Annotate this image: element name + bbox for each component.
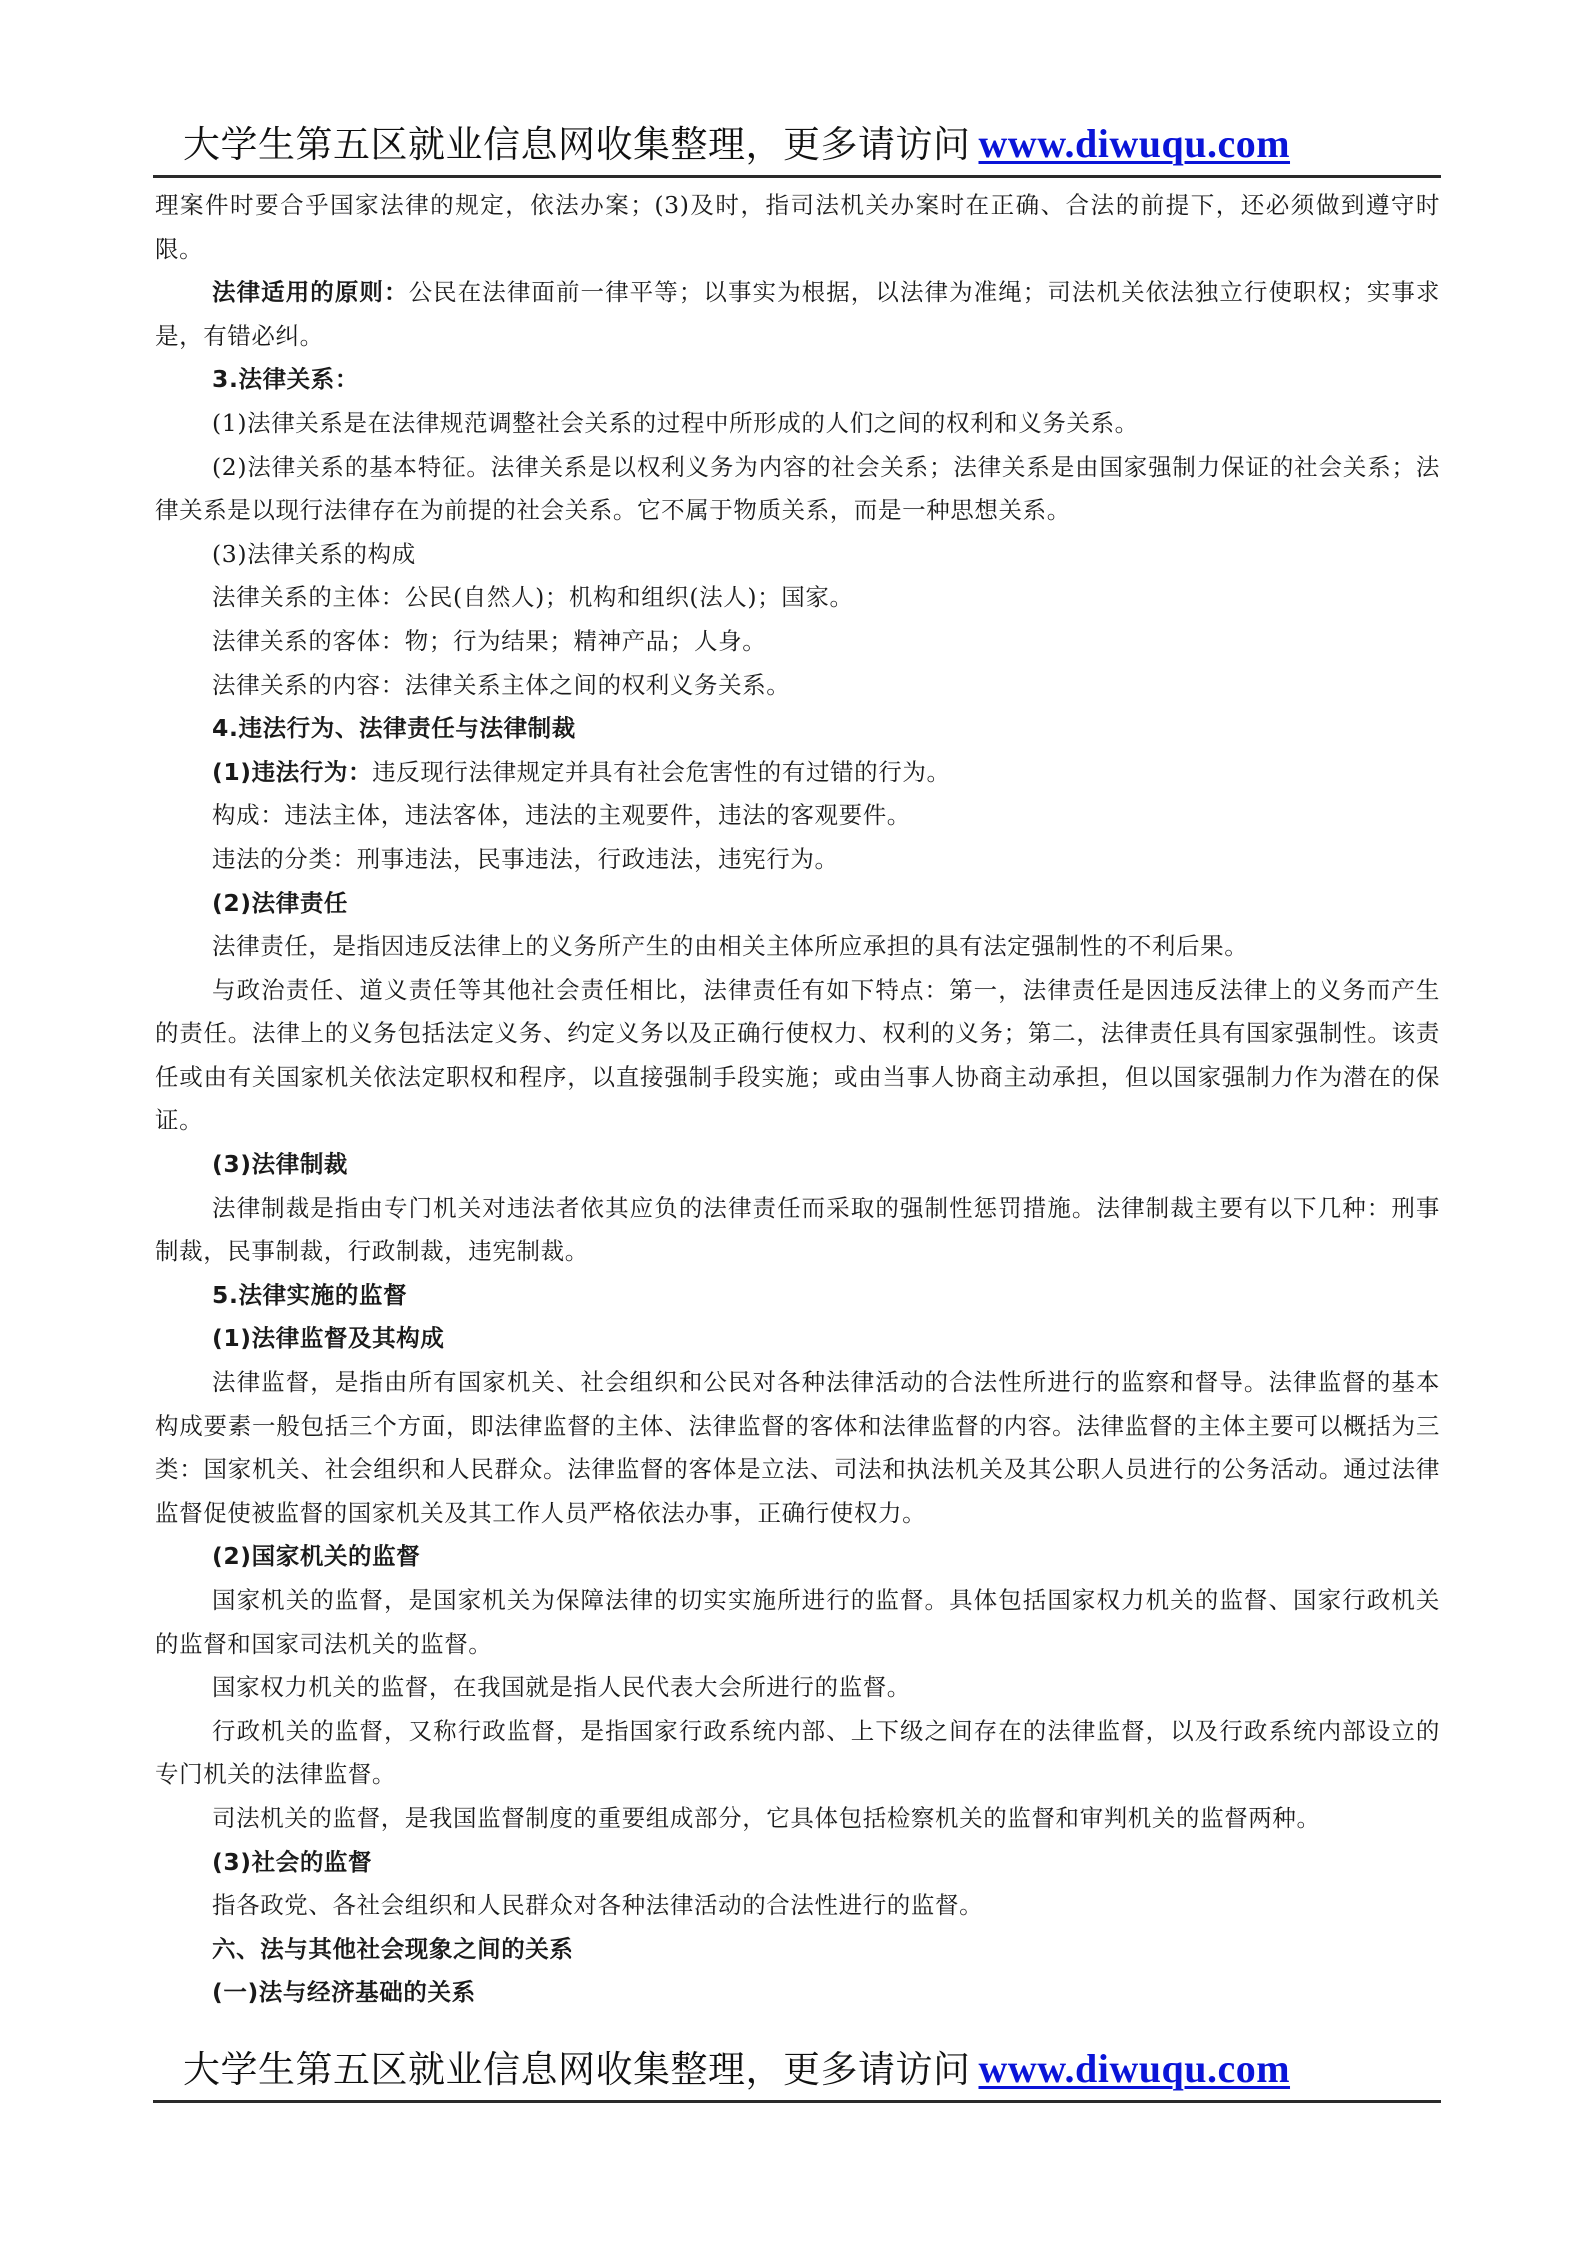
section-heading-illegal-acts: 4.违法行为、法律责任与法律制裁 bbox=[155, 707, 1440, 751]
subheading-social-supervision: (3)社会的监督 bbox=[155, 1841, 1440, 1885]
paragraph-application-principles: 法律适用的原则：公民在法律面前一律平等；以事实为根据，以法律为准绳；司法机关依法… bbox=[155, 271, 1440, 358]
subheading-legal-sanctions: (3)法律制裁 bbox=[155, 1143, 1440, 1187]
paragraph: 法律关系的主体：公民(自然人)；机构和组织(法人)；国家。 bbox=[155, 576, 1440, 620]
subheading-legal-liability: (2)法律责任 bbox=[155, 882, 1440, 926]
paragraph: 构成：违法主体，违法客体，违法的主观要件，违法的客观要件。 bbox=[155, 794, 1440, 838]
paragraph: 行政机关的监督，又称行政监督，是指国家行政系统内部、上下级之间存在的法律监督，以… bbox=[155, 1710, 1440, 1797]
paragraph: 与政治责任、道义责任等其他社会责任相比，法律责任有如下特点：第一，法律责任是因违… bbox=[155, 969, 1440, 1143]
paragraph: 司法机关的监督，是我国监督制度的重要组成部分，它具体包括检察机关的监督和审判机关… bbox=[155, 1797, 1440, 1841]
subheading-law-and-economic-base: (一)法与经济基础的关系 bbox=[155, 1971, 1440, 2015]
section-heading-supervision: 5.法律实施的监督 bbox=[155, 1274, 1440, 1318]
page-header: 大学生第五区就业信息网收集整理，更多请访问www.diwuqu.com bbox=[153, 100, 1441, 178]
subheading-legal-supervision: (1)法律监督及其构成 bbox=[155, 1317, 1440, 1361]
footer-text: 大学生第五区就业信息网收集整理，更多请访问www.diwuqu.com bbox=[183, 2039, 1290, 2093]
paragraph: (2)法律关系的基本特征。法律关系是以权利义务为内容的社会关系；法律关系是由国家… bbox=[155, 446, 1440, 533]
footer-rule bbox=[153, 2100, 1441, 2103]
paragraph: 法律监督，是指由所有国家机关、社会组织和公民对各种法律活动的合法性所进行的监察和… bbox=[155, 1361, 1440, 1535]
chapter-heading-six: 六、法与其他社会现象之间的关系 bbox=[155, 1928, 1440, 1972]
subheading-state-supervision: (2)国家机关的监督 bbox=[155, 1535, 1440, 1579]
header-rule bbox=[153, 175, 1441, 178]
header-website-link[interactable]: www.diwuqu.com bbox=[979, 121, 1291, 166]
section-heading-legal-relations: 3.法律关系： bbox=[155, 358, 1440, 402]
paragraph: (1)法律关系是在法律规范调整社会关系的过程中所形成的人们之间的权利和义务关系。 bbox=[155, 402, 1440, 446]
paragraph: 国家机关的监督，是国家机关为保障法律的切实实施所进行的监督。具体包括国家权力机关… bbox=[155, 1579, 1440, 1666]
paragraph: 国家权力机关的监督，在我国就是指人民代表大会所进行的监督。 bbox=[155, 1666, 1440, 1710]
header-text: 大学生第五区就业信息网收集整理，更多请访问www.diwuqu.com bbox=[183, 114, 1290, 168]
footer-website-link[interactable]: www.diwuqu.com bbox=[979, 2046, 1291, 2091]
paragraph: 法律关系的客体：物；行为结果；精神产品；人身。 bbox=[155, 620, 1440, 664]
paragraph-illegal-acts: (1)违法行为：违反现行法律规定并具有社会危害性的有过错的行为。 bbox=[155, 751, 1440, 795]
page-footer: 大学生第五区就业信息网收集整理，更多请访问www.diwuqu.com bbox=[153, 2025, 1441, 2103]
document-body: 理案件时要合乎国家法律的规定，依法办案；(3)及时，指司法机关办案时在正确、合法… bbox=[155, 184, 1440, 2015]
paragraph: 理案件时要合乎国家法律的规定，依法办案；(3)及时，指司法机关办案时在正确、合法… bbox=[155, 184, 1440, 271]
paragraph: 违法的分类：刑事违法，民事违法，行政违法，违宪行为。 bbox=[155, 838, 1440, 882]
paragraph: 法律责任，是指因违反法律上的义务所产生的由相关主体所应承担的具有法定强制性的不利… bbox=[155, 925, 1440, 969]
paragraph: 法律制裁是指由专门机关对违法者依其应负的法律责任而采取的强制性惩罚措施。法律制裁… bbox=[155, 1187, 1440, 1274]
paragraph: 法律关系的内容：法律关系主体之间的权利义务关系。 bbox=[155, 664, 1440, 708]
paragraph: (3)法律关系的构成 bbox=[155, 533, 1440, 577]
paragraph: 指各政党、各社会组织和人民群众对各种法律活动的合法性进行的监督。 bbox=[155, 1884, 1440, 1928]
